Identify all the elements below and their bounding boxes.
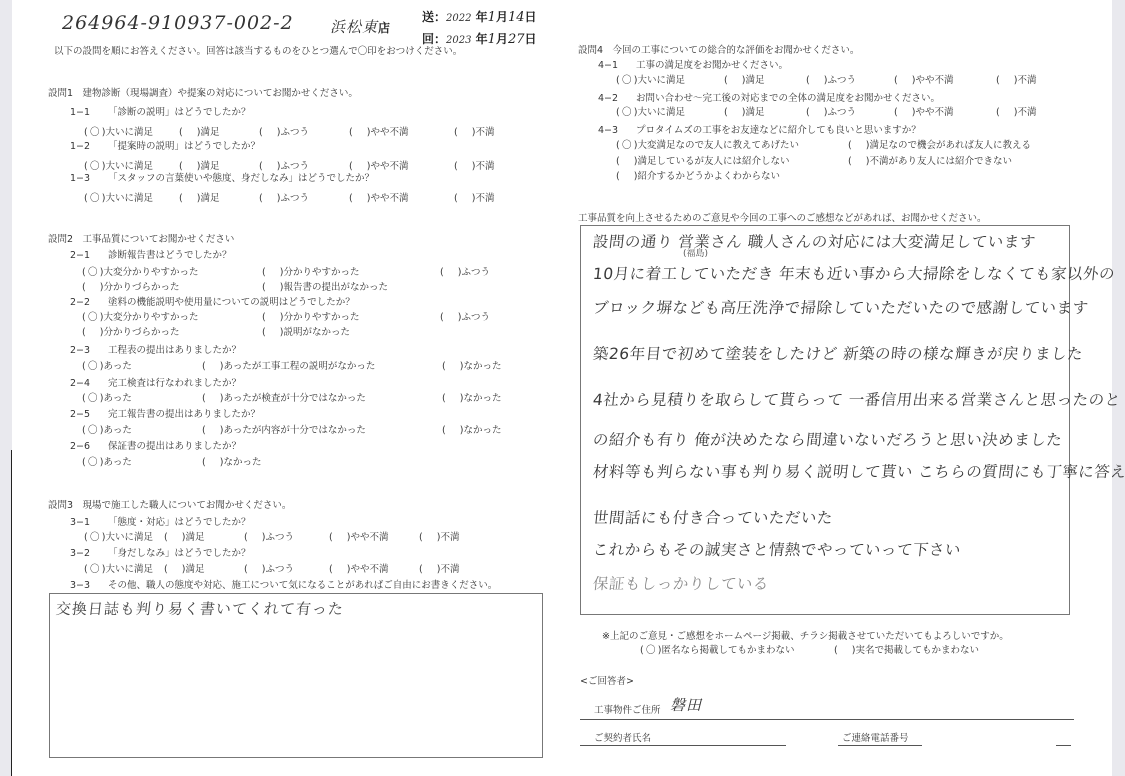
question-number: 3−2: [70, 548, 108, 559]
feedback-line: これからもその誠実さと情熱でやっていって下さい: [592, 538, 962, 560]
option-4-2-4[interactable]: ()やや不満: [894, 104, 953, 118]
free-comment-answer: 交換日誌も判り易く書いてくれて有った: [55, 598, 345, 619]
question-text: プロタイムズの工事をお友達などに紹介しても良いと思いますか？: [636, 125, 921, 136]
option-label: あったが内容が十分ではなかった: [223, 425, 365, 436]
option-label: やや不満: [370, 193, 408, 204]
option-label: 大いに満足: [637, 107, 685, 118]
option-1-2-5[interactable]: ()不満: [454, 158, 494, 172]
sent-month: 1: [488, 10, 496, 25]
option-4-3-3[interactable]: ()満足しているが友人には紹介しない: [616, 153, 789, 167]
selected-circle-mark: 〇: [88, 190, 102, 204]
option-4-3-5[interactable]: ()紹介するかどうかよくわからない: [616, 168, 780, 182]
option-label: 大いに満足: [105, 564, 153, 575]
option-4-1-5[interactable]: ()不満: [996, 72, 1036, 86]
option-label: 不満: [1017, 75, 1036, 86]
option-2-3-1[interactable]: (〇)あった: [82, 358, 132, 372]
option-label: 大いに満足: [637, 75, 685, 86]
option-2-2-2[interactable]: ()分かりやすかった: [262, 309, 359, 323]
selected-circle-mark: 〇: [86, 422, 100, 436]
question-number: 4−2: [598, 93, 636, 104]
option-label: 大変満足なので友人に教えてあげたい: [637, 140, 799, 151]
selected-circle-mark: 〇: [86, 358, 100, 372]
question-2-3: 2−3工程表の提出はありましたか？: [70, 342, 241, 356]
question-text: 「身だしなみ」はどうでしたか？: [108, 548, 251, 559]
feedback-line: 世間話にも付き合っていただいた: [592, 506, 834, 528]
option-label: 不満: [440, 532, 459, 543]
option-label: 匿名なら掲載してもかまわない: [661, 645, 794, 656]
option-3-1-3[interactable]: ()ふつう: [244, 529, 294, 543]
sent-year: 2022: [446, 13, 471, 24]
option-label: やや不満: [350, 564, 388, 575]
option-4-2-1[interactable]: (〇)大いに満足: [616, 104, 685, 118]
free-comment-box-3-3[interactable]: 交換日誌も判り易く書いてくれて有った: [49, 593, 543, 758]
year-unit: 年: [476, 32, 488, 46]
month-unit: 月: [496, 10, 508, 24]
selected-circle-mark: 〇: [86, 454, 100, 468]
question-number: 1−1: [70, 107, 108, 118]
question-number: 1−2: [70, 141, 108, 152]
option-label: ふつう: [461, 312, 490, 323]
feedback-line: 保証もしっかりしている: [592, 572, 770, 594]
question-text: 「スタッフの言葉使いや態度、身だしなみ」はどうでしたか？: [108, 173, 374, 184]
option-label: 分かりづらかった: [103, 327, 179, 338]
option-3-1-4[interactable]: ()やや不満: [329, 529, 388, 543]
option-label: 不満: [1017, 107, 1036, 118]
question-number: 1−3: [70, 173, 108, 184]
selected-circle-mark: 〇: [86, 390, 100, 404]
option-label: やや不満: [350, 532, 388, 543]
option-4-2-3[interactable]: ()ふつう: [806, 104, 856, 118]
selected-circle-mark: 〇: [86, 264, 100, 278]
option-label: 満足: [200, 127, 219, 138]
option-1-1-4[interactable]: ()やや不満: [349, 124, 408, 138]
question-text: 完工検査は行なわれましたか？: [108, 378, 241, 389]
year-unit: 年: [476, 10, 488, 24]
option-2-4-1[interactable]: (〇)あった: [82, 390, 132, 404]
feedback-line: 10月に着工していただき 年末も近い事から大掃除をしなくても家以外の: [592, 262, 1116, 284]
option-1-3-2[interactable]: ()満足: [179, 190, 219, 204]
option-2-2-5[interactable]: ()説明がなかった: [262, 324, 350, 338]
option-label: 大変分かりやすかった: [103, 312, 198, 323]
day-unit: 日: [525, 32, 537, 46]
option-3-1-5[interactable]: ()不満: [419, 529, 459, 543]
question-2-6: 2−6保証書の提出はありましたか？: [70, 438, 241, 452]
option-label: あった: [103, 393, 131, 404]
option-label: 大いに満足: [105, 127, 153, 138]
question-4-3: 4−3プロタイムズの工事をお友達などに紹介しても良いと思いますか？: [598, 122, 921, 136]
option-label: あったが検査が十分ではなかった: [223, 393, 365, 404]
question-text: 「提案時の説明」はどうでしたか？: [108, 141, 260, 152]
option-1-3-5[interactable]: ()不満: [454, 190, 494, 204]
option-2-2-4[interactable]: ()分かりづらかった: [82, 324, 179, 338]
option-1-1-5[interactable]: ()不満: [454, 124, 494, 138]
survey-page: 264964-910937-002-2 浜松東店 送：2022 年1月14日 回…: [12, 0, 1112, 776]
question-text: 「態度・対応」はどうでしたか？: [108, 517, 251, 528]
reference-number: 264964-910937-002-2: [62, 12, 294, 34]
option-label: あった: [103, 457, 131, 468]
question-number: 2−3: [70, 345, 108, 356]
option-2-1-2[interactable]: ()分かりやすかった: [262, 264, 359, 278]
option-3-1-2[interactable]: ()満足: [164, 529, 204, 543]
section-title-2: 設問2 工事品質についてお聞かせください: [48, 231, 234, 245]
option-1-1-3[interactable]: ()ふつう: [259, 124, 309, 138]
question-2-4: 2−4完工検査は行なわれましたか？: [70, 375, 241, 389]
option-label: 大いに満足: [105, 193, 153, 204]
option-2-5-2[interactable]: ()あったが内容が十分ではなかった: [202, 422, 366, 436]
question-3-1: 3−1「態度・対応」はどうでしたか？: [70, 514, 251, 528]
question-text: その他、職人の態度や対応、施工について気になることがあればご自由にお書きください…: [108, 580, 497, 591]
option-2-6-2[interactable]: ()なかった: [202, 454, 261, 468]
option-2-5-3[interactable]: ()なかった: [442, 422, 501, 436]
question-4-1: 4−1工事の満足度をお聞かせください。: [598, 57, 788, 71]
sent-date: 送：2022 年1月14日: [422, 8, 537, 25]
question-3-2: 3−2「身だしなみ」はどうでしたか？: [70, 545, 251, 559]
option-2-1-4[interactable]: ()分かりづらかった: [82, 279, 179, 293]
option-2-1-1[interactable]: (〇)大変分かりやすかった: [82, 264, 198, 278]
question-text: 完工報告書の提出はありましたか？: [108, 409, 260, 420]
option-1-3-3[interactable]: ()ふつう: [259, 190, 309, 204]
option-4-3-2[interactable]: ()満足なので機会があれば友人に教える: [848, 137, 1031, 151]
option-label: 満足なので機会があれば友人に教える: [869, 140, 1031, 151]
name-underline: [580, 745, 786, 746]
section-title-1: 設問1 建物診断（現場調査）や提案の対応についてお聞かせください。: [48, 85, 358, 99]
option-4-3-4[interactable]: ()不満があり友人には紹介できない: [848, 153, 1012, 167]
option-label: ふつう: [280, 193, 309, 204]
option-label: 満足: [745, 75, 764, 86]
respondent-heading: <ご回答者>: [580, 673, 634, 687]
option-1-3-1[interactable]: (〇)大いに満足: [84, 190, 153, 204]
option-2-2-3[interactable]: ()ふつう: [440, 309, 490, 323]
question-text: 保証書の提出はありましたか？: [108, 441, 241, 452]
option-label: なかった: [463, 393, 501, 404]
store-suffix: 店: [378, 21, 390, 35]
option-label: やや不満: [915, 107, 953, 118]
selected-circle-mark: 〇: [620, 104, 634, 118]
option-2-4-2[interactable]: ()あったが検査が十分ではなかった: [202, 390, 366, 404]
question-2-1: 2−1診断報告書はどうでしたか？: [70, 247, 232, 261]
option-label: 実名で掲載してもかまわない: [855, 645, 979, 656]
question-2-2: 2−2塗料の機能説明や使用量についての説明はどうでしたか？: [70, 294, 355, 308]
day-unit: 日: [525, 10, 537, 24]
section-title-4: 設問4 今回の工事についての総合的な評価をお聞かせください。: [578, 42, 859, 56]
publication-option-anonymous[interactable]: (〇)匿名なら掲載してもかまわない: [640, 642, 794, 656]
feedback-line: 材料等も判らない事も判り易く説明して貰い こちらの質問にも丁寧に答えてくれ: [592, 460, 1125, 482]
question-3-3: 3−3その他、職人の態度や対応、施工について気になることがあればご自由にお書きく…: [70, 577, 497, 591]
option-3-2-5[interactable]: ()不満: [419, 561, 459, 575]
question-number: 2−1: [70, 250, 108, 261]
option-label: 満足しているが友人には紹介しない: [637, 156, 789, 167]
option-4-1-4[interactable]: ()やや不満: [894, 72, 953, 86]
option-3-2-4[interactable]: ()やや不満: [329, 561, 388, 575]
sent-day: 14: [508, 10, 525, 25]
option-label: ふつう: [265, 564, 294, 575]
option-label: やや不満: [915, 75, 953, 86]
option-4-1-3[interactable]: ()ふつう: [806, 72, 856, 86]
selected-circle-mark: 〇: [88, 561, 102, 575]
phone-underline: [838, 745, 922, 746]
selected-circle-mark: 〇: [644, 642, 658, 656]
option-label: 大いに満足: [105, 532, 153, 543]
question-number: 2−5: [70, 409, 108, 420]
month-unit: 月: [496, 32, 508, 46]
option-label: あったが工事工程の説明がなかった: [223, 361, 375, 372]
option-4-3-1[interactable]: (〇)大変満足なので友人に教えてあげたい: [616, 137, 799, 151]
option-2-3-3[interactable]: ()なかった: [442, 358, 501, 372]
feedback-prompt: 工事品質を向上させるためのご意見や今回の工事へのご感想などがあれば、お聞かせくだ…: [578, 210, 987, 224]
phone-dash: [1056, 745, 1071, 746]
option-label: やや不満: [370, 127, 408, 138]
option-label: 満足: [185, 532, 204, 543]
option-label: 説明がなかった: [283, 327, 350, 338]
option-1-1-2[interactable]: ()満足: [179, 124, 219, 138]
option-label: ふつう: [280, 127, 309, 138]
option-label: 分かりづらかった: [103, 282, 179, 293]
option-label: 不満: [440, 564, 459, 575]
returned-day: 27: [508, 32, 525, 47]
option-label: あった: [103, 425, 131, 436]
option-4-1-2[interactable]: ()満足: [724, 72, 764, 86]
option-label: やや不満: [370, 161, 408, 172]
option-label: 満足: [185, 564, 204, 575]
option-3-1-1[interactable]: (〇)大いに満足: [84, 529, 153, 543]
option-label: 報告書の提出がなかった: [283, 282, 388, 293]
option-label: あった: [103, 361, 131, 372]
option-2-6-1[interactable]: (〇)あった: [82, 454, 132, 468]
feedback-line: 4社から見積りを取らして貰らって 一番信用出来る営業さんと思ったのと 友達(建築…: [592, 388, 1125, 410]
option-label: なかった: [463, 361, 501, 372]
option-label: 紹介するかどうかよくわからない: [637, 171, 780, 182]
phone-label: ご連絡電話番号: [842, 730, 909, 744]
option-label: 分かりやすかった: [283, 312, 359, 323]
question-text: 診断報告書はどうでしたか？: [108, 250, 232, 261]
option-label: ふつう: [827, 75, 856, 86]
page-edge-shadow: [11, 450, 12, 776]
feedback-line: ブロック塀なども高圧洗浄で掃除していただいたので感謝しています: [592, 296, 1090, 318]
selected-circle-mark: 〇: [620, 72, 634, 86]
question-1-3: 1−3「スタッフの言葉使いや態度、身だしなみ」はどうでしたか？: [70, 170, 374, 184]
selected-circle-mark: 〇: [86, 309, 100, 323]
publication-option-real-name[interactable]: ()実名で掲載してもかまわない: [834, 642, 979, 656]
option-label: 満足: [745, 107, 764, 118]
option-label: ふつう: [265, 532, 294, 543]
question-number: 4−3: [598, 125, 636, 136]
option-2-3-2[interactable]: ()あったが工事工程の説明がなかった: [202, 358, 375, 372]
option-label: ふつう: [827, 107, 856, 118]
option-1-1-1[interactable]: (〇)大いに満足: [84, 124, 153, 138]
option-1-3-4[interactable]: ()やや不満: [349, 190, 408, 204]
question-text: 塗料の機能説明や使用量についての説明はどうでしたか？: [108, 297, 355, 308]
question-text: 工程表の提出はありましたか？: [108, 345, 241, 356]
question-text: 「診断の説明」はどうでしたか？: [108, 107, 251, 118]
option-2-2-1[interactable]: (〇)大変分かりやすかった: [82, 309, 198, 323]
address-underline: [580, 719, 1074, 720]
option-3-2-2[interactable]: ()満足: [164, 561, 204, 575]
question-number: 4−1: [598, 60, 636, 71]
question-1-1: 1−1「診断の説明」はどうでしたか？: [70, 104, 251, 118]
address-label: 工事物件ご住所: [594, 702, 661, 716]
returned-month: 1: [488, 32, 496, 47]
store-name-handwritten: 浜松東: [330, 18, 378, 36]
feedback-line: 築26年目で初めて塗装をしたけど 新築の時の様な輝きが戻りました: [592, 342, 1084, 364]
option-label: 不満: [475, 127, 494, 138]
feedback-box[interactable]: (福島) 設問の通り 営業さん 職人さんの対応には大変満足しています10月に着工…: [580, 225, 1070, 615]
option-label: 満足: [200, 193, 219, 204]
question-text: 工事の満足度をお聞かせください。: [636, 60, 788, 71]
option-3-2-3[interactable]: ()ふつう: [244, 561, 294, 575]
question-2-5: 2−5完工報告書の提出はありましたか？: [70, 406, 260, 420]
option-label: なかった: [223, 457, 261, 468]
publication-question: ※上記のご意見・ご感想をホームページ掲載、チラシ掲載させていただいてもよろしいで…: [602, 628, 1009, 642]
option-2-1-5[interactable]: ()報告書の提出がなかった: [262, 279, 388, 293]
option-label: 大変分かりやすかった: [103, 267, 198, 278]
option-4-2-5[interactable]: ()不満: [996, 104, 1036, 118]
question-number: 3−3: [70, 580, 108, 591]
contract-name-label: ご契約者氏名: [594, 730, 651, 744]
question-number: 2−4: [70, 378, 108, 389]
selected-circle-mark: 〇: [620, 137, 634, 151]
question-number: 2−6: [70, 441, 108, 452]
section-title-3: 設問3 現場で施工した職人についてお聞かせください。: [48, 497, 291, 511]
option-label: 不満があり友人には紹介できない: [869, 156, 1012, 167]
option-2-5-1[interactable]: (〇)あった: [82, 422, 132, 436]
question-4-2: 4−2お問い合わせ〜完工後の対応までの全体の満足度をお聞かせください。: [598, 90, 940, 104]
option-2-1-3[interactable]: ()ふつう: [440, 264, 490, 278]
question-text: お問い合わせ〜完工後の対応までの全体の満足度をお聞かせください。: [636, 93, 940, 104]
feedback-line: の紹介も有り 俺が決めたなら間違いないだろうと思い決めました: [592, 428, 1064, 450]
question-1-2: 1−2「提案時の説明」はどうでしたか？: [70, 138, 260, 152]
option-label: 不満: [475, 161, 494, 172]
selected-circle-mark: 〇: [88, 529, 102, 543]
option-label: 不満: [475, 193, 494, 204]
instructions: 以下の設問を順にお答えください。回答は該当するものをひとつ選んで〇印をおつけくだ…: [54, 43, 462, 57]
option-label: ふつう: [461, 267, 490, 278]
question-number: 3−1: [70, 517, 108, 528]
sent-label: 送：: [422, 10, 446, 24]
store-name: 浜松東店: [330, 16, 390, 37]
option-label: なかった: [463, 425, 501, 436]
option-4-1-1[interactable]: (〇)大いに満足: [616, 72, 685, 86]
option-2-4-3[interactable]: ()なかった: [442, 390, 501, 404]
address-value[interactable]: 磐田: [670, 694, 702, 715]
option-3-2-1[interactable]: (〇)大いに満足: [84, 561, 153, 575]
selected-circle-mark: 〇: [88, 124, 102, 138]
question-number: 2−2: [70, 297, 108, 308]
feedback-line: 設問の通り 営業さん 職人さんの対応には大変満足しています: [592, 230, 1037, 252]
option-4-2-2[interactable]: ()満足: [724, 104, 764, 118]
option-label: 分かりやすかった: [283, 267, 359, 278]
